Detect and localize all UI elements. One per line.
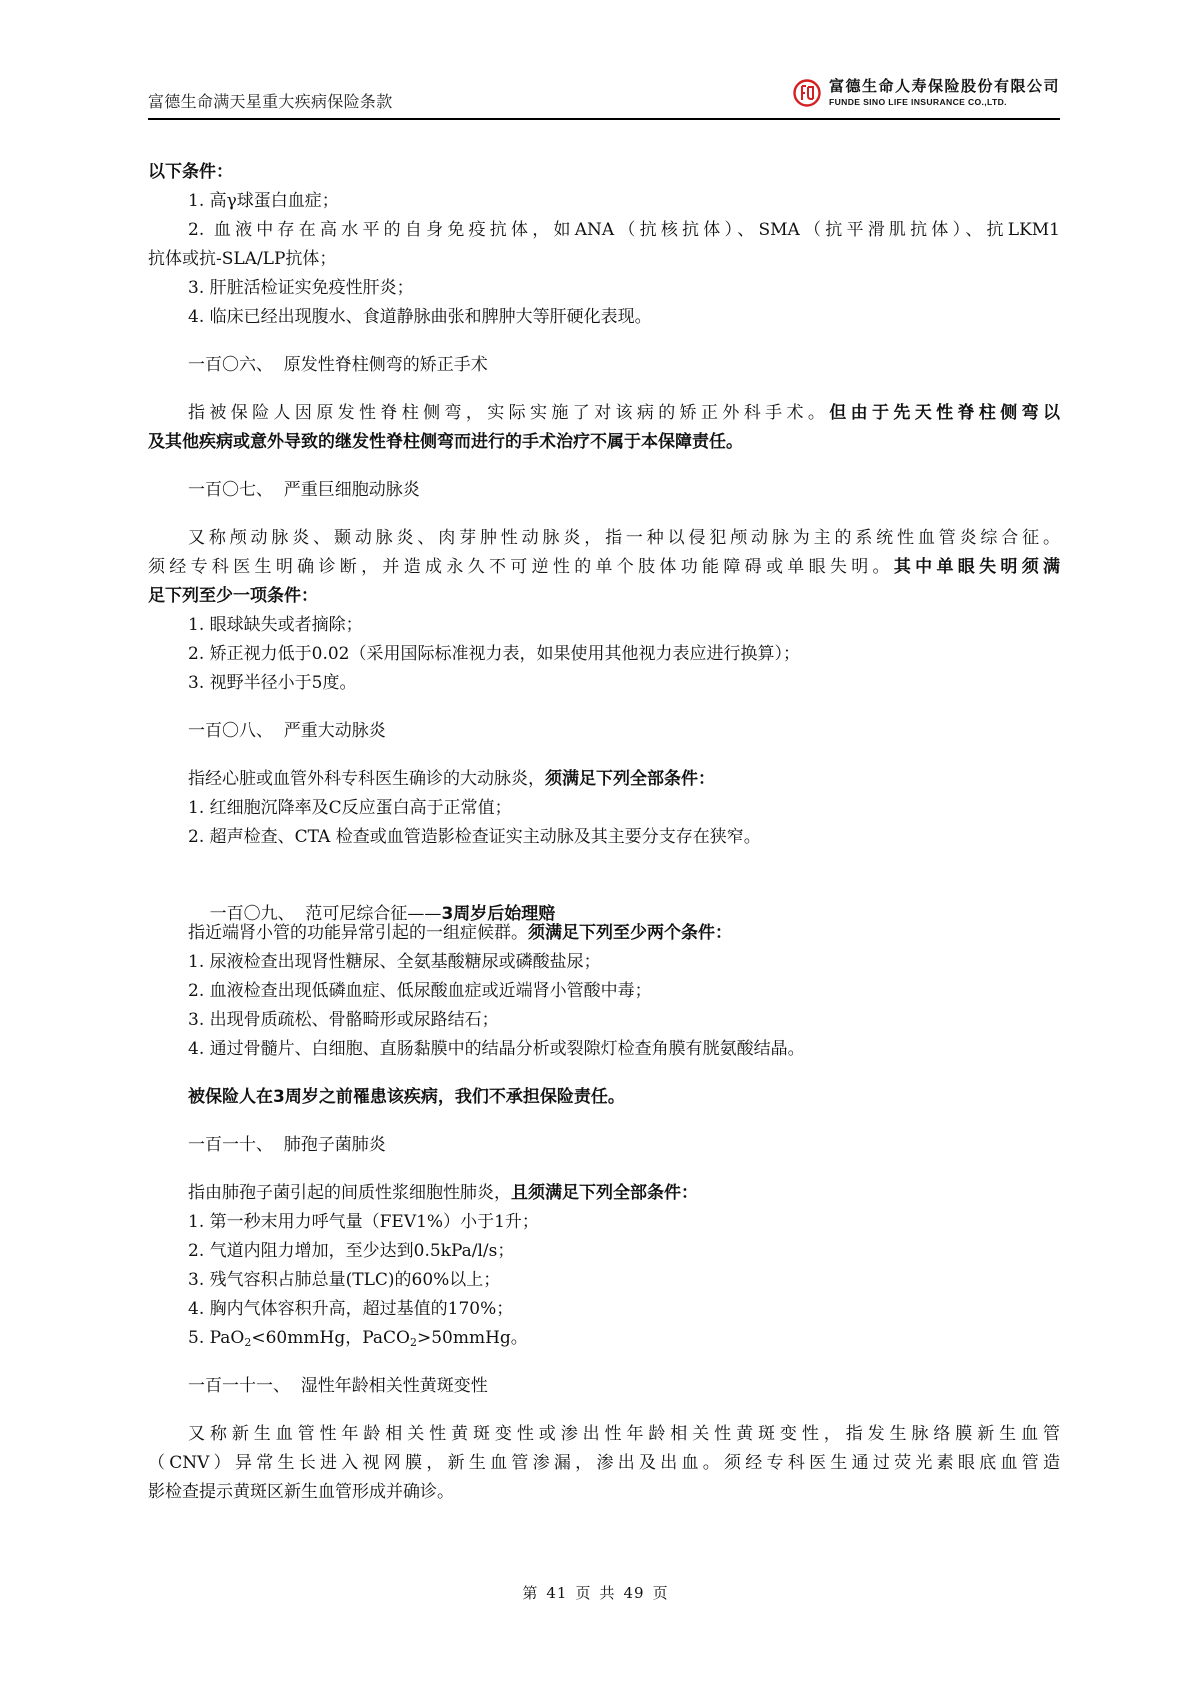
list-item: 4. 临床已经出现腹水、食道静脉曲张和脾肿大等肝硬化表现。 xyxy=(148,303,1060,332)
list-item: 2. 矫正视力低于0.02（采用国际标准视力表，如果使用其他视力表应进行换算）； xyxy=(148,640,1060,669)
list-item: 1. 高γ球蛋白血症； xyxy=(148,187,1060,216)
paragraph-text: 指由肺孢子菌引起的间质性浆细胞性肺炎， xyxy=(188,1183,511,1203)
section-heading-107: 一百〇七、 严重巨细胞动脉炎 xyxy=(148,476,1060,505)
paragraph-line: 足下列至少一项条件： xyxy=(148,582,1060,611)
list-item: 2. 超声检查、CTA 检查或血管造影检查证实主动脉及其主要分支存在狭窄。 xyxy=(148,823,1060,852)
page-label: 页 xyxy=(653,1584,669,1602)
company-name-en: FUNDE SINO LIFE INSURANCE CO.,LTD. xyxy=(829,98,1060,107)
paragraph-line: 又称新生血管性年龄相关性黄斑变性或渗出性年龄相关性黄斑变性，指发生脉络膜新生血管 xyxy=(148,1420,1060,1449)
list-item: 4. 胸内气体容积升高，超过基值的170%； xyxy=(148,1295,1060,1324)
list-item: 5. PaO2<60mmHg，PaCO2>50mmHg。 xyxy=(148,1324,1060,1353)
paragraph-text-bold: 但由于先天性脊柱侧弯以 xyxy=(829,403,1060,423)
page-header: 富德生命满天星重大疾病保险条款 富德生命人寿保险股份有限公司 FUNDE SIN… xyxy=(148,74,1060,120)
section-heading-110: 一百一十、 肺孢子菌肺炎 xyxy=(148,1131,1060,1160)
paragraph-line: 又称颅动脉炎、颞动脉炎、肉芽肿性动脉炎，指一种以侵犯颅动脉为主的系统性血管炎综合… xyxy=(148,524,1060,553)
company-name-cn: 富德生命人寿保险股份有限公司 xyxy=(829,79,1060,94)
list-item: 1. 第一秒末用力呼气量（FEV1%）小于1升； xyxy=(148,1208,1060,1237)
section-heading-108: 一百〇八、 严重大动脉炎 xyxy=(148,717,1060,746)
list-text: 5. PaO xyxy=(188,1328,244,1348)
document-title: 富德生命满天星重大疾病保险条款 xyxy=(148,89,393,112)
exclusion-note: 被保险人在3周岁之前罹患该疾病，我们不承担保险责任。 xyxy=(148,1083,1060,1112)
total-label: 共 xyxy=(600,1584,616,1602)
list-item: 2. 血液中存在高水平的自身免疫抗体，如ANA（抗核抗体）、SMA（抗平滑肌抗体… xyxy=(148,216,1060,245)
current-page: 41 xyxy=(546,1584,567,1602)
document-body: 以下条件： 1. 高γ球蛋白血症； 2. 血液中存在高水平的自身免疫抗体，如AN… xyxy=(148,158,1060,1507)
list-item: 2. 血液检查出现低磷血症、低尿酸血症或近端肾小管酸中毒； xyxy=(148,977,1060,1006)
paragraph-line: 指被保险人因原发性脊柱侧弯，实际实施了对该病的矫正外科手术。但由于先天性脊柱侧弯… xyxy=(148,399,1060,428)
paragraph-line: 须经专科医生明确诊断，并造成永久不可逆性的单个肢体功能障碍或单眼失明。其中单眼失… xyxy=(148,553,1060,582)
list-text: <60mmHg，PaCO xyxy=(251,1328,410,1348)
list-item: 4. 通过骨髓片、白细胞、直肠黏膜中的结晶分析或裂隙灯检查角膜有胱氨酸结晶。 xyxy=(148,1035,1060,1064)
paragraph-text: 须经专科医生明确诊断，并造成永久不可逆性的单个肢体功能障碍或单眼失明。 xyxy=(148,557,894,577)
paragraph-text-bold: 且须满足下列全部条件： xyxy=(511,1183,698,1203)
paragraph-text-bold: 须满足下列全部条件： xyxy=(545,769,715,789)
page-label: 页 xyxy=(575,1584,591,1602)
paragraph-line: 及其他疾病或意外导致的继发性脊柱侧弯而进行的手术治疗不属于本保障责任。 xyxy=(148,428,1060,457)
section-heading-106: 一百〇六、 原发性脊柱侧弯的矫正手术 xyxy=(148,351,1060,380)
list-item: 1. 红细胞沉降率及C反应蛋白高于正常值； xyxy=(148,794,1060,823)
list-item: 3. 肝脏活检证实免疫性肝炎； xyxy=(148,274,1060,303)
list-item: 3. 出现骨质疏松、骨骼畸形或尿路结石； xyxy=(148,1006,1060,1035)
paragraph-text: 指经心脏或血管外科专科医生确诊的大动脉炎， xyxy=(188,769,545,789)
page-number: 第41页共49页 xyxy=(0,1582,1191,1603)
company-logo-icon xyxy=(793,79,821,107)
list-item-continuation: 抗体或抗-SLA/LP抗体； xyxy=(148,245,1060,274)
paragraph-line: 指由肺孢子菌引起的间质性浆细胞性肺炎，且须满足下列全部条件： xyxy=(148,1179,1060,1208)
list-item: 1. 眼球缺失或者摘除； xyxy=(148,611,1060,640)
section-heading-111: 一百一十一、 湿性年龄相关性黄斑变性 xyxy=(148,1372,1060,1401)
paragraph-line: 指近端肾小管的功能异常引起的一组症候群。须满足下列至少两个条件： xyxy=(148,919,1060,948)
page-label: 第 xyxy=(522,1584,538,1602)
list-item: 3. 残气容积占肺总量(TLC)的60%以上； xyxy=(148,1266,1060,1295)
list-item: 2. 气道内阻力增加，至少达到0.5kPa/l/s； xyxy=(148,1237,1060,1266)
paragraph-line: 以下条件： xyxy=(148,158,1060,187)
paragraph-line: 影检查提示黄斑区新生血管形成并确诊。 xyxy=(148,1478,1060,1507)
paragraph-text: 指近端肾小管的功能异常引起的一组症候群。 xyxy=(188,923,528,943)
paragraph-text: 指被保险人因原发性脊柱侧弯，实际实施了对该病的矫正外科手术。 xyxy=(188,403,829,423)
paragraph-line: （CNV）异常生长进入视网膜，新生血管渗漏，渗出及出血。须经专科医生通过荧光素眼… xyxy=(148,1449,1060,1478)
list-item: 3. 视野半径小于5度。 xyxy=(148,669,1060,698)
paragraph-text-bold: 须满足下列至少两个条件： xyxy=(528,923,732,943)
subscript: 2 xyxy=(410,1336,417,1349)
section-heading-109: 一百〇九、 范可尼综合征——3周岁后始理赔 xyxy=(148,871,1060,900)
list-item: 1. 尿液检查出现肾性糖尿、全氨基酸糖尿或磷酸盐尿； xyxy=(148,948,1060,977)
list-text: >50mmHg。 xyxy=(417,1328,528,1348)
paragraph-line: 指经心脏或血管外科专科医生确诊的大动脉炎，须满足下列全部条件： xyxy=(148,765,1060,794)
total-pages: 49 xyxy=(624,1584,645,1602)
company-logo: 富德生命人寿保险股份有限公司 FUNDE SINO LIFE INSURANCE… xyxy=(793,76,1060,110)
paragraph-text-bold: 其中单眼失明须满 xyxy=(894,557,1060,577)
